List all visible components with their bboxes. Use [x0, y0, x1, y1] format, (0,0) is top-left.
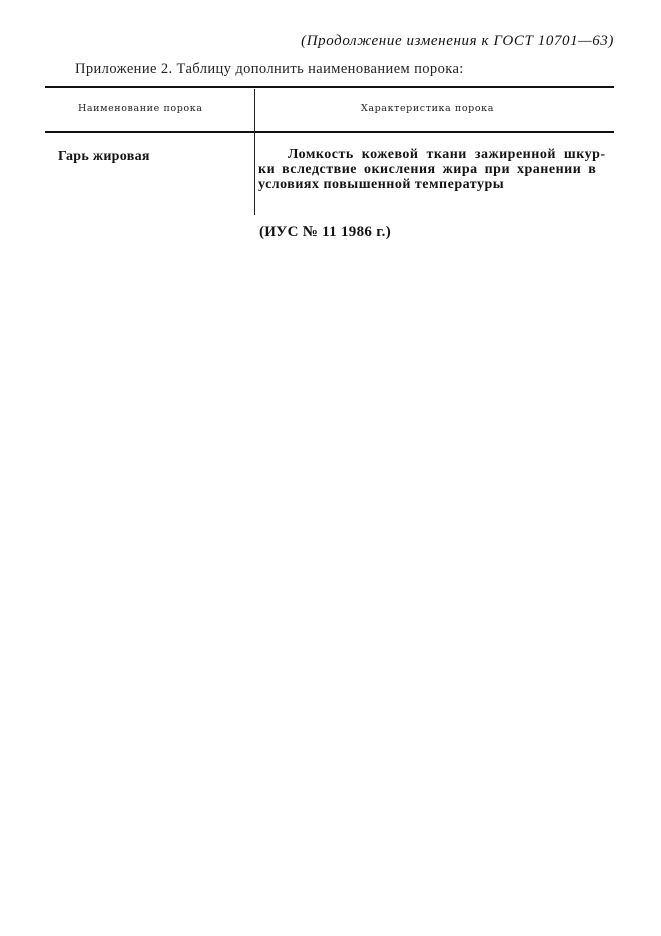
source-reference: (ИУС № 11 1986 г.) — [259, 224, 391, 241]
table-cell-defect-name: Гарь жировая — [58, 149, 150, 165]
description-line: ки вследствие окисления жира при хранени… — [258, 162, 618, 177]
description-line: условиях повышенной температуры — [258, 177, 618, 192]
table-cell-defect-description: Ломкость кожевой ткани зажиренной шкур- … — [258, 147, 618, 192]
table-column-divider — [254, 89, 255, 215]
column-header-defect-characteristic: Характеристика порока — [361, 103, 494, 114]
description-line: Ломкость кожевой ткани зажиренной шкур- — [258, 147, 618, 162]
intro-paragraph: Приложение 2. Таблицу дополнить наименов… — [75, 61, 464, 78]
table-header-rule — [45, 131, 614, 133]
column-header-defect-name: Наименование порока — [78, 103, 203, 114]
continuation-note: (Продолжение изменения к ГОСТ 10701—63) — [301, 33, 614, 50]
table-top-rule — [45, 86, 614, 88]
